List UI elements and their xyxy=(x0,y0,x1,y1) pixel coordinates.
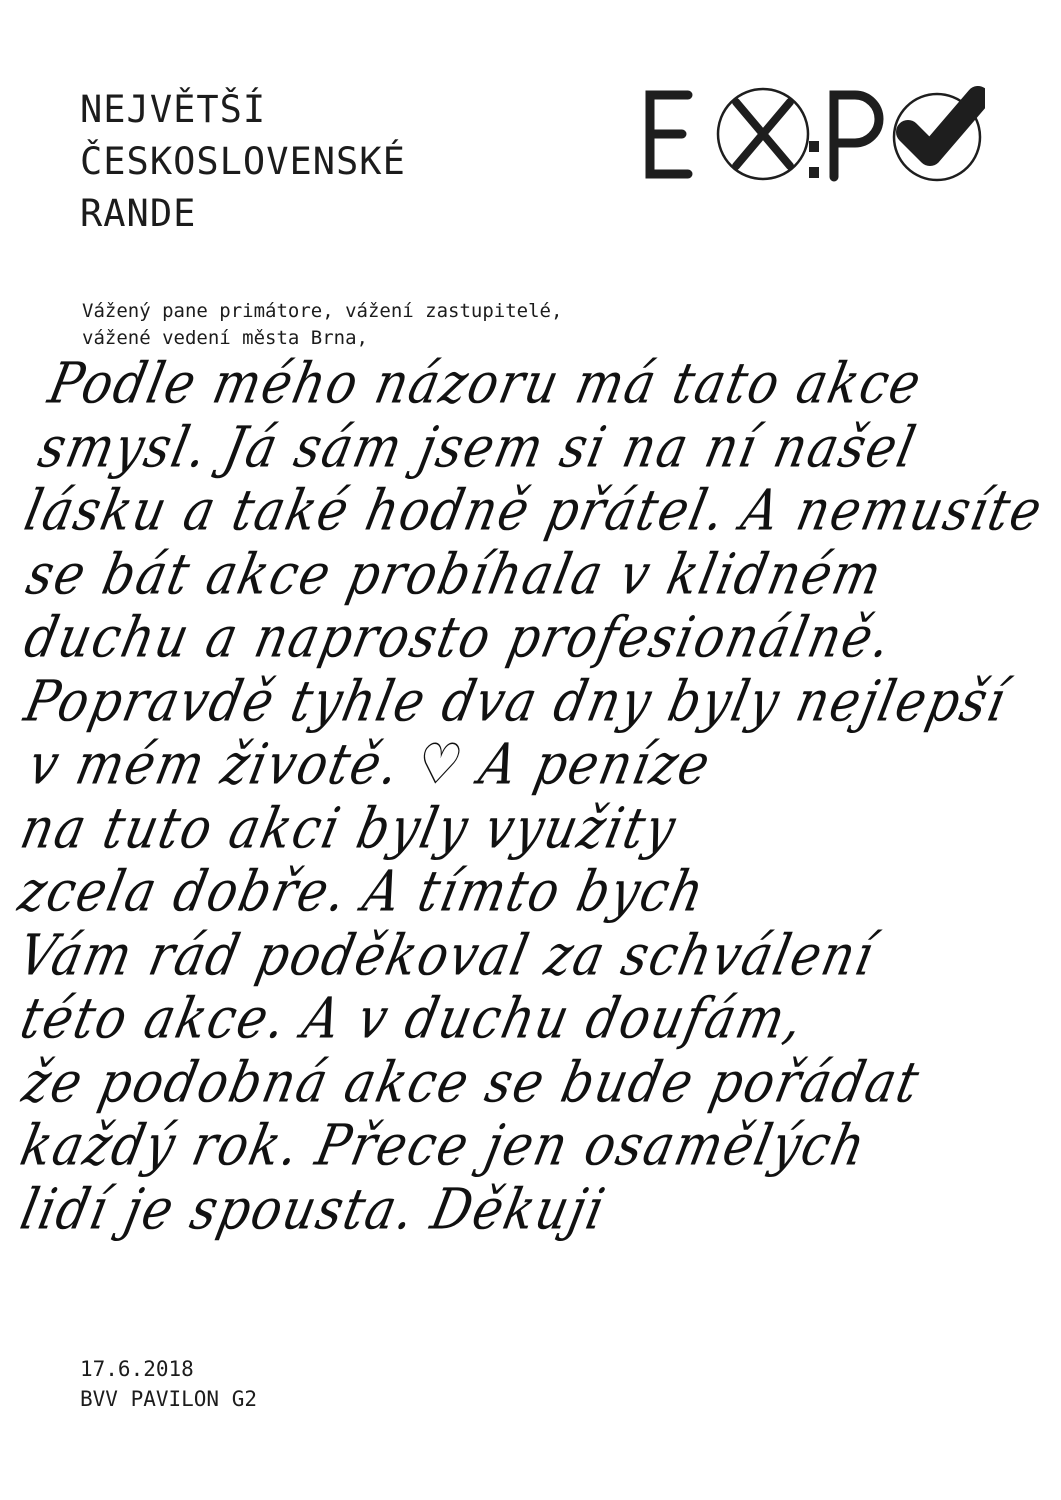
event-footer: 17.6.2018 BVV PAVILON G2 xyxy=(80,1354,257,1414)
handwritten-line: na tuto akci byly využity xyxy=(14,792,1056,865)
handwritten-line: že podobná akce se bude pořádat xyxy=(16,1046,1056,1119)
handwritten-line: lásku a také hodně přátel. A nemusíte xyxy=(18,474,1056,547)
handwritten-line: duchu a naprosto profesionálně. xyxy=(18,601,1056,674)
handwritten-line: se bát akce probíhala v klidném xyxy=(20,538,1056,611)
salutation-line-1: Vážený pane primátore, vážení zastupitel… xyxy=(82,298,562,325)
event-date: 17.6.2018 xyxy=(80,1354,257,1384)
handwritten-letter: Podle mého názoru má tato akce smysl. Já… xyxy=(18,352,1048,1241)
document-title: NEJVĚTŠÍ ČESKOSLOVENSKÉ RANDE xyxy=(80,84,406,240)
handwritten-line: v mém životě. ♡ A peníze xyxy=(22,728,1056,801)
handwritten-line: smysl. Já sám jsem si na ní našel xyxy=(32,411,1056,484)
handwritten-line: Popravdě tyhle dva dny byly nejlepší xyxy=(18,665,1056,738)
handwritten-line: této akce. A v duchu doufám, xyxy=(14,982,1056,1055)
salutation: Vážený pane primátore, vážení zastupitel… xyxy=(82,298,562,352)
expo-logo-icon xyxy=(640,82,985,182)
handwritten-line: lidí je spousta. Děkuji xyxy=(14,1173,1056,1246)
event-location: BVV PAVILON G2 xyxy=(80,1384,257,1414)
expo-logo xyxy=(640,82,985,182)
title-line-2: ČESKOSLOVENSKÉ xyxy=(80,136,406,188)
handwritten-line: zcela dobře. A tímto bych xyxy=(12,855,1056,928)
handwritten-line: Vám rád poděkoval za schválení xyxy=(12,919,1056,992)
handwritten-line: každý rok. Přece jen osamělých xyxy=(14,1109,1056,1182)
title-line-1: NEJVĚTŠÍ xyxy=(80,84,406,136)
handwritten-line: Podle mého názoru má tato akce xyxy=(42,347,1056,420)
title-line-3: RANDE xyxy=(80,188,406,240)
